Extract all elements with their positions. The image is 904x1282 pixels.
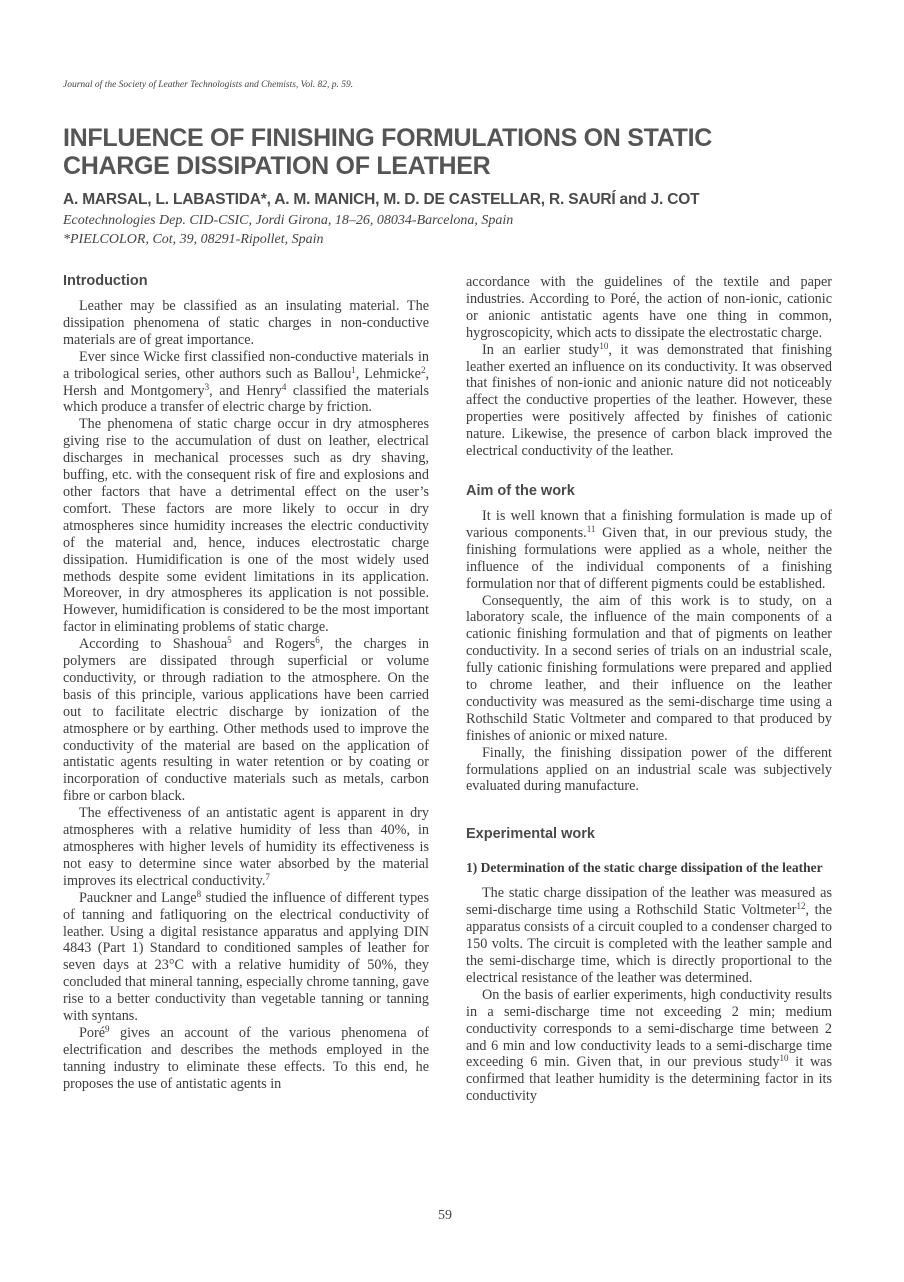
intro-paragraph-8: accordance with the guidelines of the te… (466, 274, 832, 342)
page-number: 59 (438, 1208, 452, 1224)
author-list: A. MARSAL, L. LABASTIDA*, A. M. MANICH, … (63, 191, 699, 209)
aim-paragraph-2: Consequently, the aim of this work is to… (466, 593, 832, 745)
intro-paragraph-5: The effectiveness of an antistatic agent… (63, 805, 429, 890)
aim-heading: Aim of the work (466, 482, 832, 500)
right-column: accordance with the guidelines of the te… (466, 274, 832, 1105)
intro-paragraph-1: Leather may be classified as an insulati… (63, 298, 429, 349)
intro-paragraph-2: Ever since Wicke first classified non-co… (63, 349, 429, 417)
citation-10b: 10 (780, 1053, 789, 1063)
citation-12: 12 (797, 901, 806, 911)
introduction-heading: Introduction (63, 272, 429, 290)
intro-paragraph-6: Pauckner and Lange8 studied the influenc… (63, 890, 429, 1025)
citation-7: 7 (265, 872, 270, 882)
intro-paragraph-7: Poré9 gives an account of the various ph… (63, 1025, 429, 1093)
article-title: INFLUENCE OF FINISHING FORMULATIONS ON S… (63, 124, 843, 180)
aim-paragraph-3: Finally, the finishing dissipation power… (466, 745, 832, 796)
title-line-2: CHARGE DISSIPATION OF LEATHER (63, 152, 490, 180)
section-spacer (466, 795, 832, 825)
intro-paragraph-4: According to Shashoua5 and Rogers6, the … (63, 636, 429, 805)
left-column: Introduction Leather may be classified a… (63, 272, 429, 1093)
experimental-subheading-1: 1) Determination of the static charge di… (466, 859, 832, 876)
experimental-paragraph-1: The static charge dissipation of the lea… (466, 885, 832, 986)
section-spacer (466, 460, 832, 482)
journal-citation: Journal of the Society of Leather Techno… (63, 80, 353, 90)
affiliation-1: Ecotechnologies Dep. CID-CSIC, Jordi Gir… (63, 213, 513, 229)
intro-paragraph-3: The phenomena of static charge occur in … (63, 416, 429, 636)
aim-paragraph-1: It is well known that a finishing formul… (466, 508, 832, 593)
experimental-heading: Experimental work (466, 825, 832, 843)
title-line-1: INFLUENCE OF FINISHING FORMULATIONS ON S… (63, 124, 712, 152)
experimental-paragraph-2: On the basis of earlier experiments, hig… (466, 987, 832, 1105)
affiliation-2: *PIELCOLOR, Cot, 39, 08291-Ripollet, Spa… (63, 232, 324, 248)
intro-paragraph-9: In an earlier study10, it was demonstrat… (466, 342, 832, 460)
